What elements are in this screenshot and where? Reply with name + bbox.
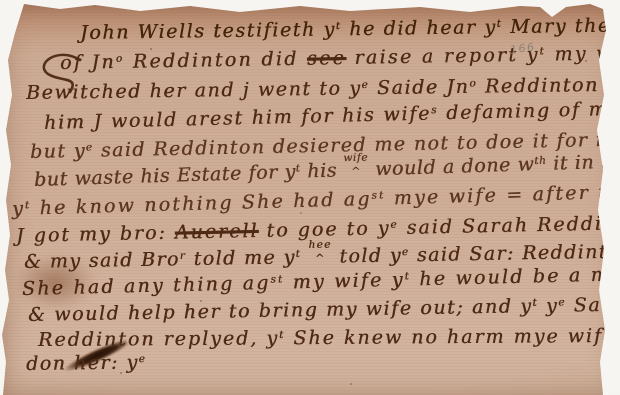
manuscript-paper: John Wiells testifieth yt he did hear yt…: [0, 0, 620, 395]
manuscript-line: Reddinton replyed, yt She knew no harm m…: [38, 325, 620, 351]
scan-background: John Wiells testifieth yt he did hear yt…: [0, 0, 620, 395]
manuscript-line: John Wiells testifieth yt he did hear yt…: [80, 14, 620, 44]
manuscript-line: of Jno Reddinton did see raise a report …: [60, 41, 620, 74]
paper-specks: [0, 0, 2, 2]
manuscript-lines: John Wiells testifieth yt he did hear yt…: [0, 0, 620, 395]
manuscript-line: don her: ye: [26, 351, 147, 375]
